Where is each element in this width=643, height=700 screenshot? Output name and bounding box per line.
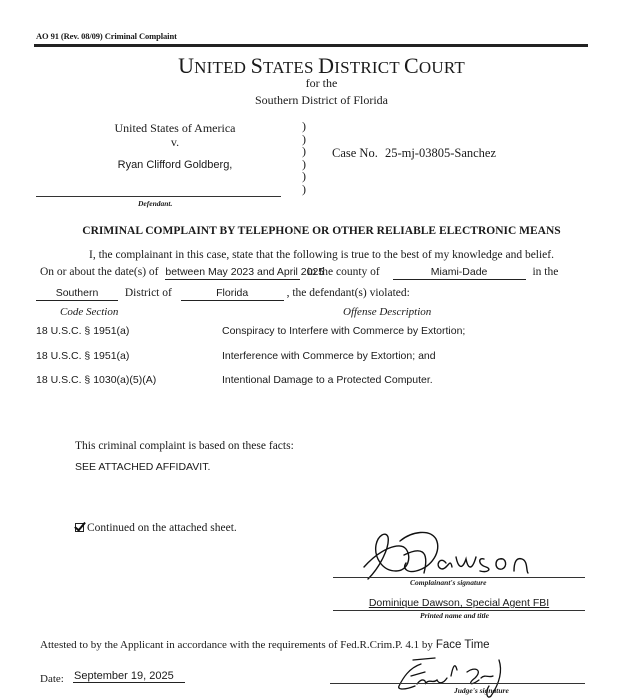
attestation-text: Attested to by the Applicant in accordan… bbox=[40, 639, 490, 651]
offense-description: Conspiracy to Interfere with Commerce by… bbox=[222, 325, 465, 337]
defendant-rule bbox=[36, 196, 281, 197]
header-rule bbox=[34, 44, 588, 47]
county-field: Miami-Dade bbox=[393, 266, 526, 280]
complainant-printed-name: Dominique Dawson, Special Agent FBI bbox=[333, 597, 585, 609]
offense-code: 18 U.S.C. § 1951(a) bbox=[36, 325, 129, 337]
case-number-value: 25-mj-03805-Sanchez bbox=[385, 146, 496, 160]
versus-text: v. bbox=[80, 135, 270, 150]
district-name-field: Southern bbox=[36, 287, 118, 301]
court-title-word: ISTRICT bbox=[334, 58, 404, 77]
continued-checkbox-row[interactable]: Continued on the attached sheet. bbox=[75, 522, 237, 534]
code-section-header: Code Section bbox=[60, 306, 118, 318]
attestation-statement: Attested to by the Applicant in accordan… bbox=[40, 639, 433, 651]
county-prefix: in the county of bbox=[307, 266, 380, 278]
printed-name-label: Printed name and title bbox=[420, 611, 489, 620]
offense-description-header: Offense Description bbox=[343, 306, 431, 318]
complaint-title: CRIMINAL COMPLAINT BY TELEPHONE OR OTHER… bbox=[0, 225, 643, 237]
facts-value: SEE ATTACHED AFFIDAVIT. bbox=[75, 461, 210, 473]
case-number: Case No. 25-mj-03805-Sanchez bbox=[332, 146, 496, 161]
date-county-line: On or about the date(s) of between May 2… bbox=[40, 266, 558, 280]
court-title-word: TATES bbox=[263, 58, 318, 77]
defendant-name: Ryan Clifford Goldberg, bbox=[80, 159, 270, 171]
court-title-cap: S bbox=[251, 53, 263, 78]
court-title-word: NITED bbox=[194, 58, 250, 77]
caption-parentheses: ) ) ) ) ) ) bbox=[302, 120, 306, 196]
judge-signature-label: Judge's signature bbox=[454, 686, 509, 695]
judge-signature-line bbox=[330, 683, 585, 684]
complainant-statement: I, the complainant in this case, state t… bbox=[0, 249, 643, 261]
offense-code: 18 U.S.C. § 1951(a) bbox=[36, 350, 129, 362]
court-district: Southern District of Florida bbox=[0, 93, 643, 108]
for-the-text: for the bbox=[0, 76, 643, 91]
violated-suffix: , the defendant(s) violated: bbox=[287, 287, 410, 299]
date-label: Date: bbox=[40, 673, 64, 685]
court-title-cap: D bbox=[318, 53, 334, 78]
court-title-word: OURT bbox=[419, 58, 465, 77]
attestation-method: Face Time bbox=[436, 639, 490, 651]
offense-code: 18 U.S.C. § 1030(a)(5)(A) bbox=[36, 374, 156, 386]
case-number-label: Case No. bbox=[332, 146, 378, 160]
district-of-label: District of bbox=[125, 287, 172, 299]
court-title-cap: C bbox=[404, 53, 419, 78]
complainant-signature bbox=[360, 527, 560, 583]
plaintiff-name: United States of America bbox=[80, 121, 270, 136]
county-suffix: in the bbox=[532, 266, 558, 278]
date-value: September 19, 2025 bbox=[73, 670, 185, 683]
complainant-signature-label: Complainant's signature bbox=[410, 578, 486, 587]
facts-label: This criminal complaint is based on thes… bbox=[75, 440, 294, 452]
offense-description: Interference with Commerce by Extortion;… bbox=[222, 350, 436, 362]
defendant-label: Defendant. bbox=[138, 199, 172, 208]
offense-description: Intentional Damage to a Protected Comput… bbox=[222, 374, 433, 386]
form-identifier: AO 91 (Rev. 08/09) Criminal Complaint bbox=[36, 31, 177, 41]
state-field: Florida bbox=[181, 287, 284, 301]
checkbox-checked-icon[interactable] bbox=[75, 523, 84, 532]
district-line: Southern District of Florida , the defen… bbox=[36, 287, 410, 301]
court-title-cap: U bbox=[178, 53, 194, 78]
date-prefix: On or about the date(s) of bbox=[40, 266, 158, 278]
continued-label: Continued on the attached sheet. bbox=[87, 522, 237, 534]
date-range-field: between May 2023 and April 2025 bbox=[165, 266, 300, 280]
